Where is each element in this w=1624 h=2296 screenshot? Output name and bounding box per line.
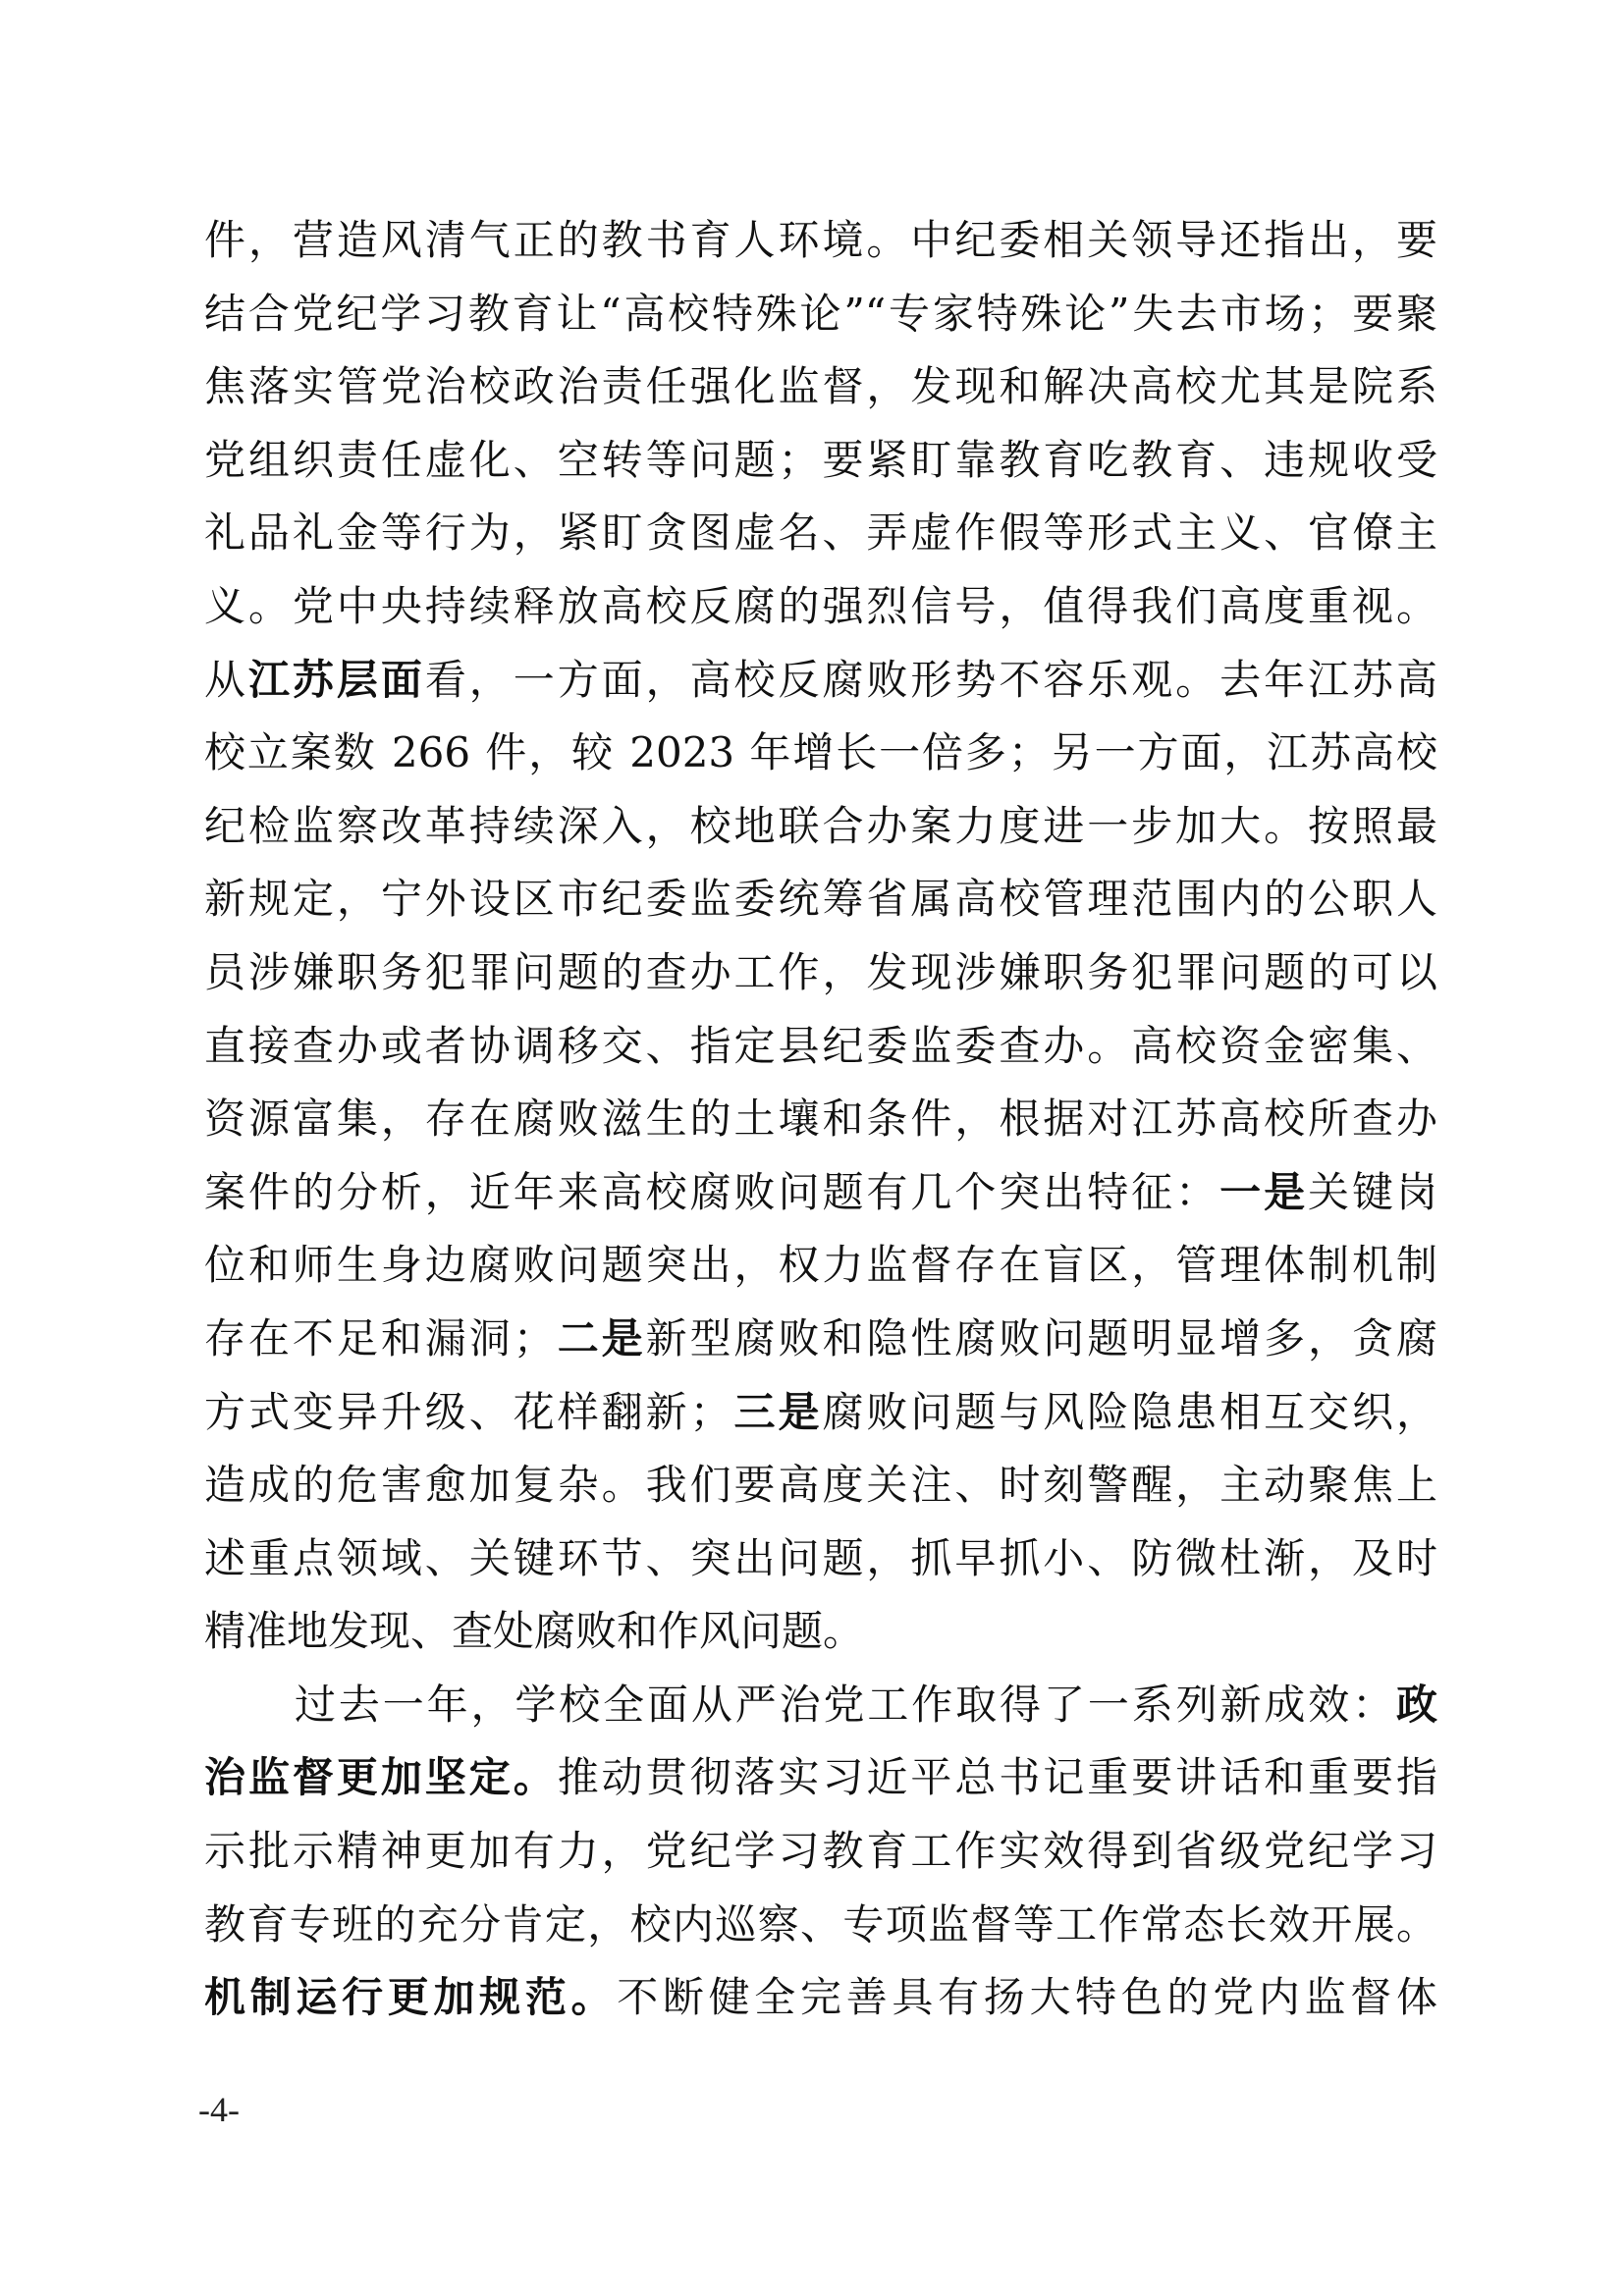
paragraph-text: 从 bbox=[204, 656, 248, 704]
paragraph-text: 推动贯彻落实习近平总书记重要讲话和重要指 bbox=[558, 1753, 1437, 1801]
paragraph-text: 过去一年，学校全面从严治党工作取得了一系列新成效： bbox=[295, 1681, 1396, 1729]
text-line: 示批示精神更加有力，党纪学习教育工作实效得到省级党纪学习 bbox=[204, 1815, 1437, 1889]
text-line: 新规定，宁外设区市纪委监委统筹省属高校管理范围内的公职人 bbox=[204, 863, 1437, 936]
paragraph-text: 焦落实管党治校政治责任强化监督，发现和解决高校尤其是院系 bbox=[204, 362, 1437, 410]
paragraph-text: 造成的危害愈加复杂。我们要高度关注、时刻警醒，主动聚焦上 bbox=[204, 1461, 1437, 1509]
bold-heading-text: 政 bbox=[1396, 1681, 1437, 1729]
document-page: 件，营造风清气正的教书育人环境。中纪委相关领导还指出，要结合党纪学习教育让“高校… bbox=[0, 0, 1624, 2296]
paragraph-text: 员涉嫌职务犯罪问题的查办工作，发现涉嫌职务犯罪问题的可以 bbox=[204, 948, 1437, 996]
paragraph-text: 纪检监察改革持续深入，校地联合办案力度进一步加大。按照最 bbox=[204, 802, 1437, 850]
text-line: 校立案数 266 件，较 2023 年增长一倍多；另一方面，江苏高校 bbox=[204, 717, 1437, 790]
paragraph-text: 义。党中央持续释放高校反腐的强烈信号，值得我们高度重视。 bbox=[204, 582, 1437, 630]
paragraph-text: 述重点领域、关键环节、突出问题，抓早抓小、防微杜渐，及时 bbox=[204, 1534, 1437, 1582]
paragraph-text: 存在不足和漏洞； bbox=[204, 1314, 555, 1362]
text-line: 礼品礼金等行为，紧盯贪图虚名、弄虚作假等形式主义、官僚主 bbox=[204, 497, 1437, 570]
text-line: 治监督更加坚定。推动贯彻落实习近平总书记重要讲话和重要指 bbox=[204, 1741, 1437, 1815]
bold-heading-text: 三是 bbox=[731, 1388, 823, 1436]
paragraph-text: 礼品礼金等行为，紧盯贪图虚名、弄虚作假等形式主义、官僚主 bbox=[204, 508, 1437, 557]
text-line: 过去一年，学校全面从严治党工作取得了一系列新成效：政 bbox=[204, 1669, 1437, 1742]
paragraph-text: 资源富集，存在腐败滋生的土壤和条件，根据对江苏高校所查办 bbox=[204, 1095, 1437, 1143]
paragraph-text: 位和师生身边腐败问题突出，权力监督存在盲区，管理体制机制 bbox=[204, 1241, 1437, 1289]
body-text: 件，营造风清气正的教书育人环境。中纪委相关领导还指出，要结合党纪学习教育让“高校… bbox=[204, 204, 1437, 2035]
text-line: 从江苏层面看，一方面，高校反腐败形势不容乐观。去年江苏高 bbox=[204, 644, 1437, 718]
paragraph-text: 方式变异升级、花样翻新； bbox=[204, 1388, 731, 1436]
paragraph-text: 案件的分析，近年来高校腐败问题有几个突出特征： bbox=[204, 1168, 1219, 1216]
bold-heading-text: 治监督更加坚定。 bbox=[204, 1753, 558, 1801]
paragraph-text: 校立案数 266 件，较 2023 年增长一倍多；另一方面，江苏高校 bbox=[204, 728, 1437, 776]
text-line: 焦落实管党治校政治责任强化监督，发现和解决高校尤其是院系 bbox=[204, 350, 1437, 424]
paragraph-text: 新规定，宁外设区市纪委监委统筹省属高校管理范围内的公职人 bbox=[204, 875, 1437, 923]
text-line: 直接查办或者协调移交、指定县纪委监委查办。高校资金密集、 bbox=[204, 1010, 1437, 1084]
bold-heading-text: 江苏层面 bbox=[248, 656, 425, 704]
text-line: 资源富集，存在腐败滋生的土壤和条件，根据对江苏高校所查办 bbox=[204, 1083, 1437, 1156]
bold-heading-text: 机制运行更加规范。 bbox=[204, 1973, 617, 2021]
paragraph-text: 党组织责任虚化、空转等问题；要紧盯靠教育吃教育、违规收受 bbox=[204, 436, 1437, 484]
paragraph-text: 精准地发现、查处腐败和作风问题。 bbox=[204, 1607, 864, 1655]
paragraph-text: 看，一方面，高校反腐败形势不容乐观。去年江苏高 bbox=[425, 656, 1437, 704]
paragraph-text: 教育专班的充分肯定，校内巡察、专项监督等工作常态长效开展。 bbox=[204, 1900, 1437, 1949]
paragraph-text: 直接查办或者协调移交、指定县纪委监委查办。高校资金密集、 bbox=[204, 1022, 1437, 1070]
text-line: 件，营造风清气正的教书育人环境。中纪委相关领导还指出，要 bbox=[204, 204, 1437, 278]
text-line: 纪检监察改革持续深入，校地联合办案力度进一步加大。按照最 bbox=[204, 790, 1437, 864]
paragraph-text: 结合党纪学习教育让“高校特殊论”“专家特殊论”失去市场；要聚 bbox=[204, 290, 1437, 338]
text-line: 存在不足和漏洞；二是新型腐败和隐性腐败问题明显增多，贪腐 bbox=[204, 1303, 1437, 1376]
paragraph-text: 腐败问题与风险隐患相互交织， bbox=[822, 1388, 1437, 1436]
text-line: 位和师生身边腐败问题突出，权力监督存在盲区，管理体制机制 bbox=[204, 1229, 1437, 1303]
page-number: -4- bbox=[198, 2089, 240, 2130]
text-line: 教育专班的充分肯定，校内巡察、专项监督等工作常态长效开展。 bbox=[204, 1889, 1437, 1962]
paragraph-text: 关键岗 bbox=[1308, 1168, 1437, 1216]
bold-heading-text: 二是 bbox=[555, 1314, 646, 1362]
text-line: 案件的分析，近年来高校腐败问题有几个突出特征：一是关键岗 bbox=[204, 1156, 1437, 1230]
paragraph-text: 新型腐败和隐性腐败问题明显增多，贪腐 bbox=[646, 1314, 1437, 1362]
text-line: 方式变异升级、花样翻新；三是腐败问题与风险隐患相互交织， bbox=[204, 1376, 1437, 1450]
paragraph-text: 示批示精神更加有力，党纪学习教育工作实效得到省级党纪学习 bbox=[204, 1827, 1437, 1875]
text-line: 精准地发现、查处腐败和作风问题。 bbox=[204, 1595, 1437, 1669]
paragraph-text: 件，营造风清气正的教书育人环境。中纪委相关领导还指出，要 bbox=[204, 216, 1437, 264]
text-line: 造成的危害愈加复杂。我们要高度关注、时刻警醒，主动聚焦上 bbox=[204, 1449, 1437, 1522]
bold-heading-text: 一是 bbox=[1219, 1168, 1308, 1216]
text-line: 党组织责任虚化、空转等问题；要紧盯靠教育吃教育、违规收受 bbox=[204, 424, 1437, 498]
text-line: 述重点领域、关键环节、突出问题，抓早抓小、防微杜渐，及时 bbox=[204, 1522, 1437, 1596]
text-line: 机制运行更加规范。不断健全完善具有扬大特色的党内监督体 bbox=[204, 1961, 1437, 2035]
text-line: 义。党中央持续释放高校反腐的强烈信号，值得我们高度重视。 bbox=[204, 570, 1437, 644]
text-line: 结合党纪学习教育让“高校特殊论”“专家特殊论”失去市场；要聚 bbox=[204, 278, 1437, 351]
paragraph-text: 不断健全完善具有扬大特色的党内监督体 bbox=[617, 1973, 1437, 2021]
text-line: 员涉嫌职务犯罪问题的查办工作，发现涉嫌职务犯罪问题的可以 bbox=[204, 936, 1437, 1010]
